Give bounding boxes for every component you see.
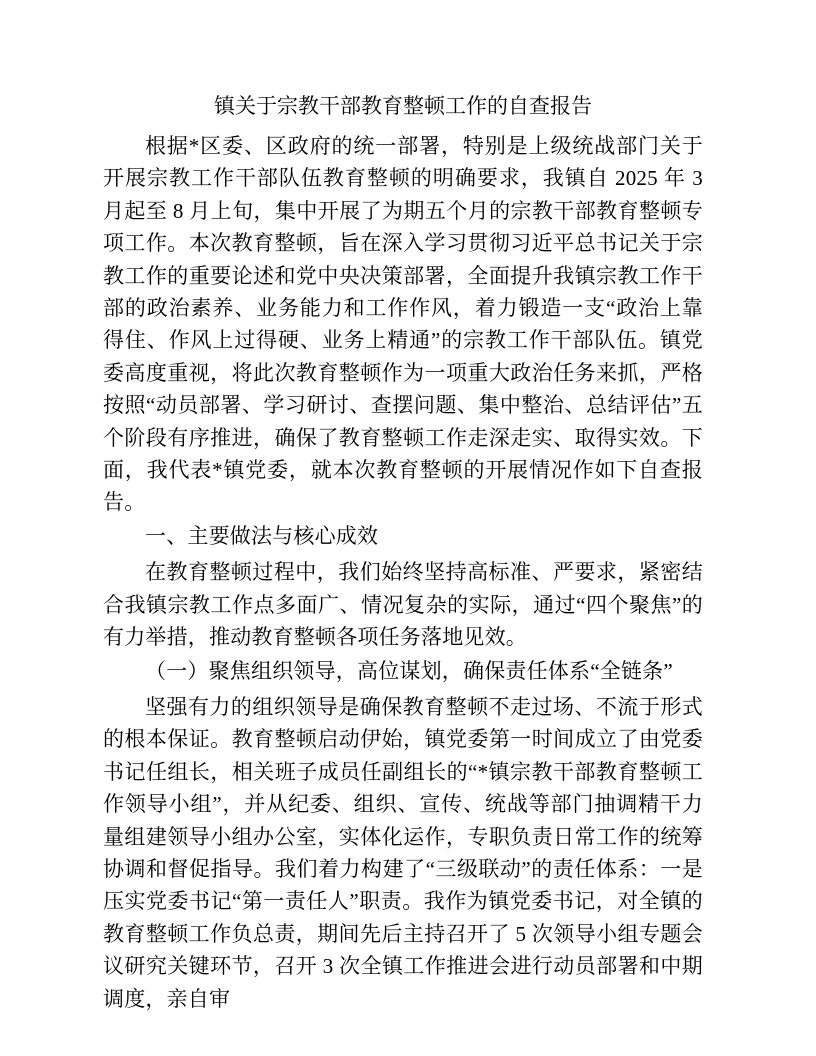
heading-section-1: 一、主要做法与核心成效 — [103, 520, 703, 552]
document-content: 镇关于宗教干部教育整顿工作的自查报告 根据*区委、区政府的统一部署，特别是上级统… — [103, 90, 703, 1015]
heading-subsection-1-1: （一）聚焦组织领导，高位谋划，确保责任体系“全链条” — [103, 655, 703, 687]
report-title: 镇关于宗教干部教育整顿工作的自查报告 — [103, 90, 703, 123]
document-page: 镇关于宗教干部教育整顿工作的自查报告 根据*区委、区政府的统一部署，特别是上级统… — [0, 0, 816, 1056]
paragraph-intro: 根据*区委、区政府的统一部署，特别是上级统战部门关于开展宗教工作干部队伍教育整顿… — [103, 130, 703, 519]
paragraph-subsection-1-1: 坚强有力的组织领导是确保教育整顿不走过场、不流于形式的根本保证。教育整顿启动伊始… — [103, 691, 703, 1015]
paragraph-section-1-intro: 在教育整顿过程中，我们始终坚持高标准、严要求，紧密结合我镇宗教工作点多面广、情况… — [103, 556, 703, 653]
